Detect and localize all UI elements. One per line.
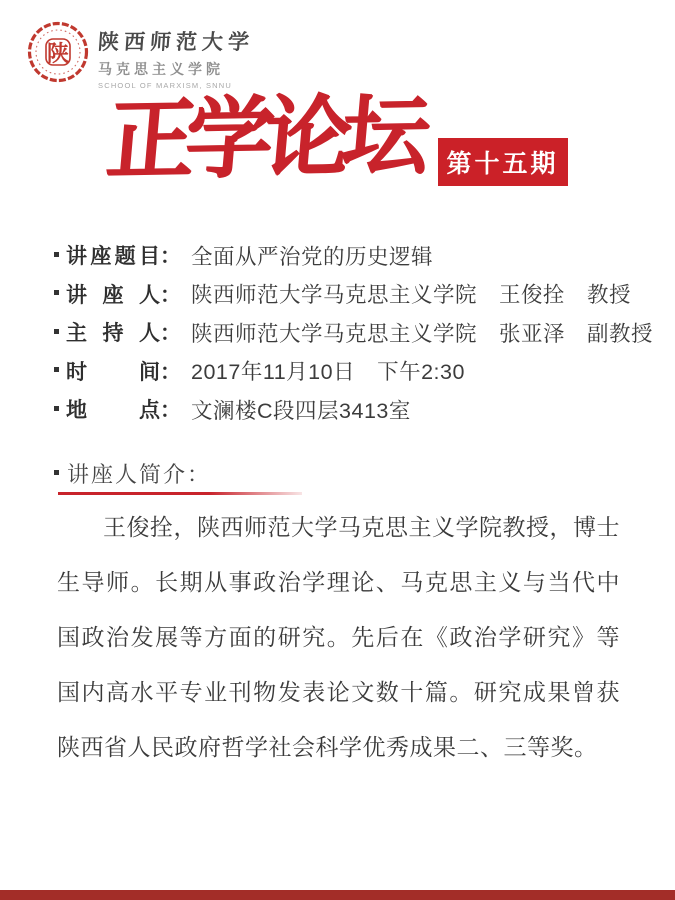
university-seal-icon: 陕 — [26, 20, 90, 84]
bio-section-heading: 讲座人简介： — [54, 458, 211, 489]
red-underline — [58, 492, 302, 495]
detail-row-topic: 讲座题目 ： 全面从严治党的历史逻辑 — [54, 236, 635, 275]
detail-label: 地点 — [66, 394, 160, 424]
lecture-details: 讲座题目 ： 全面从严治党的历史逻辑 讲座人 ： 陕西师范大学马克思主义学院 王… — [54, 236, 635, 429]
detail-label: 讲座人 — [66, 279, 160, 309]
detail-value: 陕西师范大学马克思主义学院 王俊拴 教授 — [191, 278, 631, 309]
detail-row-time: 时间 ： 2017年11月10日 下午2:30 — [54, 352, 635, 391]
university-name: 陕西师范大学 — [97, 26, 255, 56]
bullet-icon — [54, 367, 59, 372]
footer-red-bar — [0, 890, 675, 900]
banner: 正学论坛 第十五期 — [0, 86, 675, 194]
bullet-icon — [54, 329, 59, 334]
svg-text:陕: 陕 — [47, 41, 69, 66]
detail-colon: ： — [160, 394, 181, 424]
issue-number-badge: 第十五期 — [438, 138, 568, 186]
detail-value: 文澜楼C段四层3413室 — [191, 394, 411, 425]
detail-colon: ： — [160, 240, 181, 270]
detail-value: 2017年11月10日 下午2:30 — [191, 355, 465, 386]
detail-row-location: 地点 ： 文澜楼C段四层3413室 — [54, 390, 635, 429]
detail-value: 陕西师范大学马克思主义学院 张亚泽 副教授 — [191, 317, 653, 348]
detail-label: 讲座题目 — [66, 240, 160, 270]
logo-text-block: 陕西师范大学 马克思主义学院 SCHOOL OF MARXISM, SNNU — [98, 20, 254, 90]
detail-row-host: 主持人 ： 陕西师范大学马克思主义学院 张亚泽 副教授 — [54, 313, 635, 352]
speaker-bio-paragraph: 王俊拴，陕西师范大学马克思主义学院教授，博士生导师。长期从事政治学理论、马克思主… — [57, 500, 620, 775]
bullet-icon — [54, 406, 59, 411]
detail-colon: ： — [160, 317, 181, 347]
bullet-icon — [54, 470, 59, 475]
detail-value: 全面从严治党的历史逻辑 — [191, 240, 433, 271]
bio-heading-text: 讲座人简介： — [67, 458, 211, 489]
detail-row-speaker: 讲座人 ： 陕西师范大学马克思主义学院 王俊拴 教授 — [54, 275, 635, 314]
detail-colon: ： — [160, 279, 181, 309]
detail-label: 主持人 — [66, 317, 160, 347]
detail-colon: ： — [160, 356, 181, 386]
forum-title: 正学论坛 — [102, 83, 424, 196]
detail-label: 时间 — [66, 356, 160, 386]
bullet-icon — [54, 252, 59, 257]
bullet-icon — [54, 290, 59, 295]
school-logo: 陕 陕西师范大学 马克思主义学院 SCHOOL OF MARXISM, SNNU — [26, 20, 254, 90]
school-name: 马克思主义学院 — [98, 59, 254, 79]
